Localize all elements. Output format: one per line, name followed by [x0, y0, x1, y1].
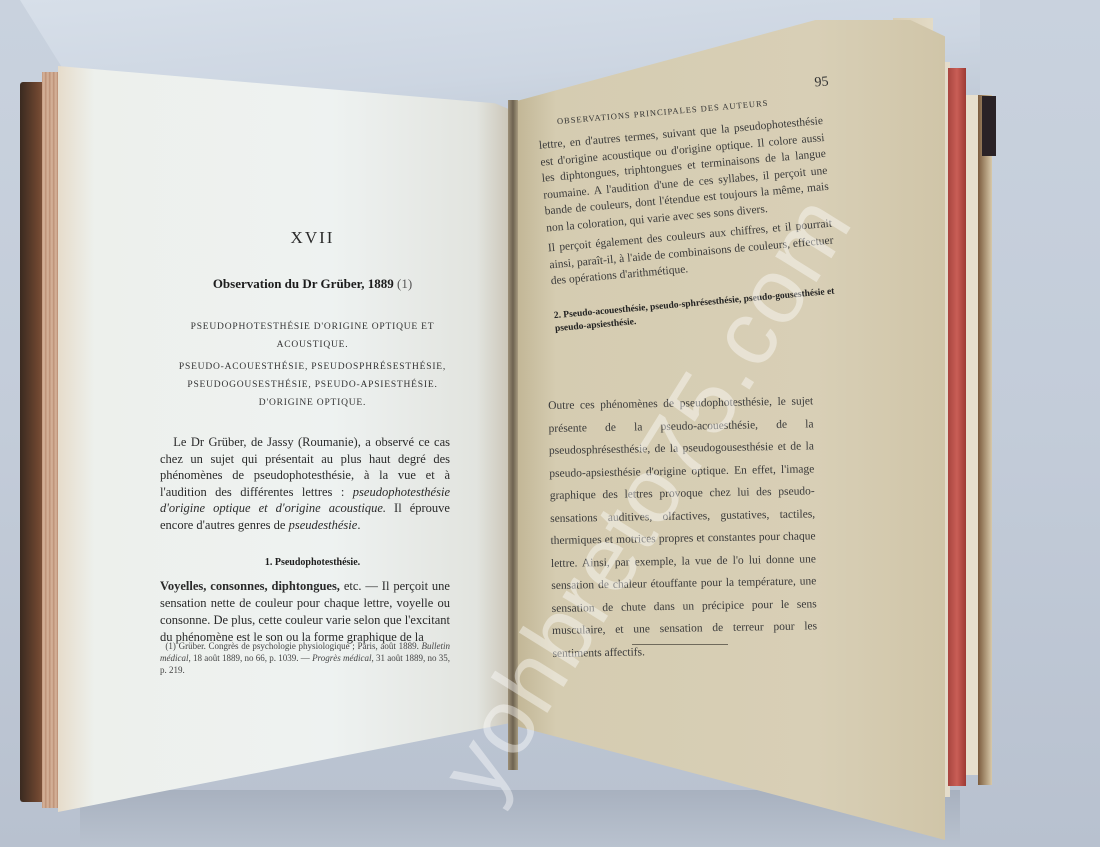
section-paragraph: Voyelles, consonnes, diphtongues, etc. —… [160, 578, 450, 646]
intro-text: . [357, 518, 360, 532]
page-number: 95 [814, 74, 829, 91]
right-page-text-lower: Outre ces phénomènes de pseudophotesthés… [548, 390, 818, 665]
section-title: 1. Pseudophotesthésie. [175, 557, 450, 568]
footnote: (1) Grüber. Congrès de psychologie physi… [160, 640, 450, 676]
intro-paragraph: Le Dr Grüber, de Jassy (Roumanie), a obs… [160, 434, 450, 533]
chapter-number: XVII [175, 228, 450, 248]
intro-italic: pseudesthésie [289, 518, 358, 532]
footnote-text: (1) Grüber. Congrès de psychologie physi… [165, 641, 421, 651]
footnote-text: , 18 août 1889, no 66, p. 1039. — [189, 653, 313, 663]
right-paragraph-3: Outre ces phénomènes de pseudophotesthés… [548, 390, 818, 665]
page-edges-right-4 [978, 95, 992, 785]
subtitle-line: D'ORIGINE OPTIQUE. [175, 394, 450, 412]
subtitle-line: PSEUDO-ACOUESTHÉSIE, PSEUDOSPHRÉSESTHÉSI… [175, 358, 450, 376]
book-gutter [508, 100, 518, 770]
footnote-ref: (1) [397, 276, 412, 291]
observation-title: Observation du Dr Grüber, 1889 (1) [175, 276, 450, 292]
footnote-italic: Progrès médical [312, 653, 371, 663]
right-page-text: 95 OBSERVATIONS PRINCIPALES DES AUTEURS … [535, 74, 854, 336]
observation-title-text: Observation du Dr Grüber, 1889 [213, 276, 394, 291]
book-cover-right [982, 96, 996, 156]
subtitle-line: PSEUDOGOUSESTHÉSIE, PSEUDO-APSIESTHÉSIE. [175, 376, 450, 394]
section-bold-lead: Voyelles, consonnes, diphtongues, [160, 579, 340, 593]
right-paragraph-1: lettre, en d'autres termes, suivant que … [538, 113, 831, 236]
left-page-text: XVII Observation du Dr Grüber, 1889 (1) … [150, 228, 450, 646]
end-rule [632, 644, 728, 645]
page-edges-red [948, 68, 966, 786]
subtitle-line: PSEUDOPHOTESTHÉSIE D'ORIGINE OPTIQUE ET … [175, 318, 450, 354]
